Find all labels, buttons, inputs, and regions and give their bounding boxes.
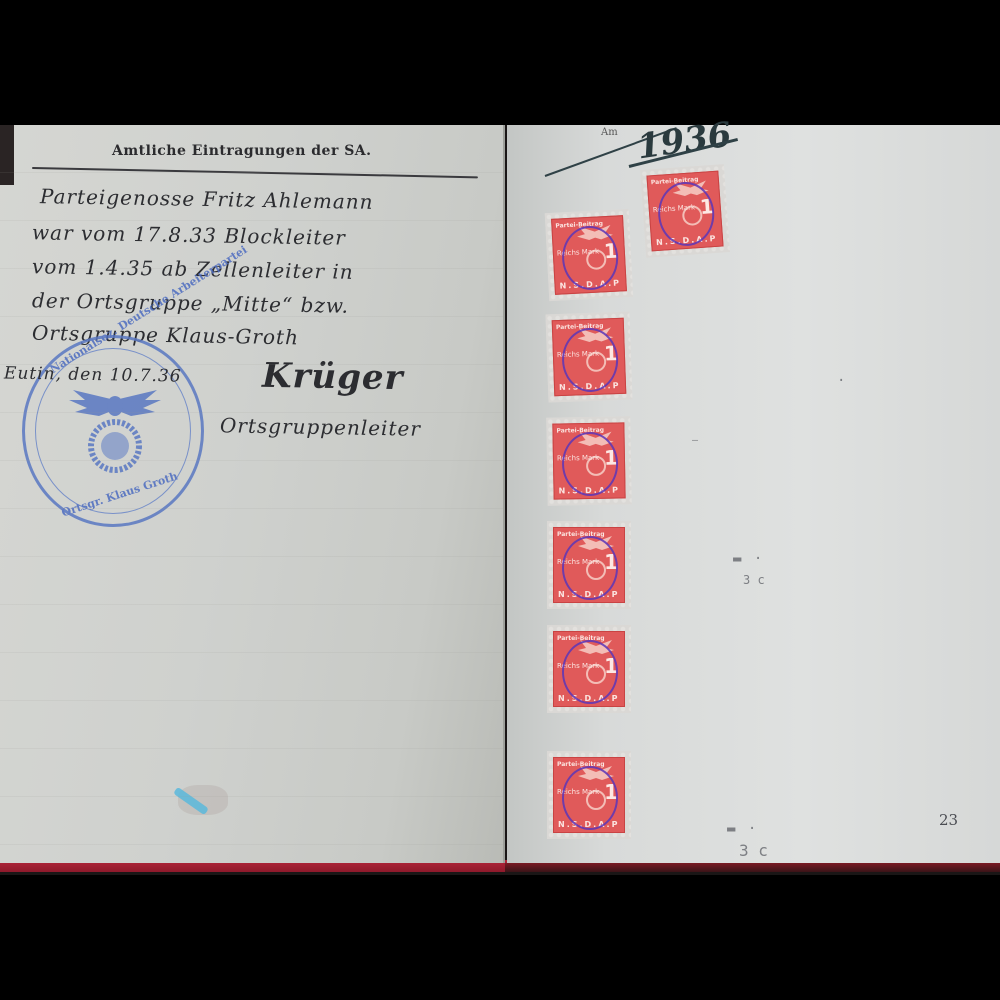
handwritten-line: vom 1.4.35 ab Zellenleiter in: [32, 254, 354, 284]
dues-stamp: Partei-Beitrag Reichs Mark 1 N.S.D.A.P: [547, 521, 631, 609]
seal-inner-ring: [35, 348, 191, 514]
eagle-with-wreath-emblem: [65, 386, 165, 476]
handwritten-line: Parteigenosse Fritz Ahlemann: [40, 184, 374, 214]
pencil-annotation: 3 c: [739, 841, 768, 860]
pencil-mark: ▬ ·: [733, 551, 764, 567]
pencil-smudge: [178, 785, 228, 815]
blue-pencil-mark: [173, 787, 209, 815]
seal-ring-text-top: Nationalsoz. Deutsche Arbeiterpartei: [48, 243, 250, 376]
left-page: Amtliche Eintragungen der SA. Parteigeno…: [0, 125, 505, 863]
cancel-mark: [562, 640, 618, 704]
year-prefix: Am: [601, 127, 618, 138]
place-date: Eutin, den 10.7.36: [4, 363, 182, 386]
booklet-cover-edge-right: [505, 863, 1000, 872]
ink-seal: Nationalsoz. Deutsche Arbeiterpartei Ort…: [22, 335, 204, 527]
cancel-mark: [562, 766, 618, 830]
dues-stamp: Partei-Beitrag Reichs Mark 1 N.S.D.A.P: [640, 164, 730, 258]
signature-title: Ortsgruppenleiter: [220, 413, 421, 441]
dues-stamp: Partei-Beitrag Reichs Mark 1 N.S.D.A.P: [547, 751, 631, 839]
handwritten-line: Ortsgruppe Klaus-Groth: [32, 321, 299, 350]
page-shadow: [0, 125, 14, 185]
header-rule: [32, 167, 478, 178]
right-page: Am 1936 Partei-Beitrag Reichs Mark 1 N.S…: [507, 125, 1000, 863]
pencil-dot: –: [692, 435, 698, 446]
signature: Krüger: [262, 356, 404, 398]
dues-stamp: Partei-Beitrag Reichs Mark 1 N.S.D.A.P: [545, 209, 633, 301]
page-number: 23: [939, 811, 958, 829]
dues-stamp: Partei-Beitrag Reichs Mark 1 N.S.D.A.P: [546, 416, 632, 505]
handwritten-line: der Ortsgruppe „Mitte“ bzw.: [32, 288, 349, 318]
cancel-mark: [562, 536, 618, 600]
pencil-mark: ▬ ·: [727, 821, 758, 837]
booklet-photo: Amtliche Eintragungen der SA. Parteigeno…: [0, 125, 1000, 875]
handwritten-line: war vom 17.8.33 Blockleiter: [32, 220, 346, 249]
pencil-annotation: 3 c: [743, 573, 765, 587]
seal-ring-text-bottom: Ortsgr. Klaus Groth: [60, 470, 179, 520]
dues-stamp: Partei-Beitrag Reichs Mark 1 N.S.D.A.P: [547, 625, 631, 713]
pencil-dot: ·: [837, 373, 845, 389]
page-header: Amtliche Eintragungen der SA.: [112, 143, 372, 159]
dues-stamp: Partei-Beitrag Reichs Mark 1 N.S.D.A.P: [545, 312, 632, 403]
